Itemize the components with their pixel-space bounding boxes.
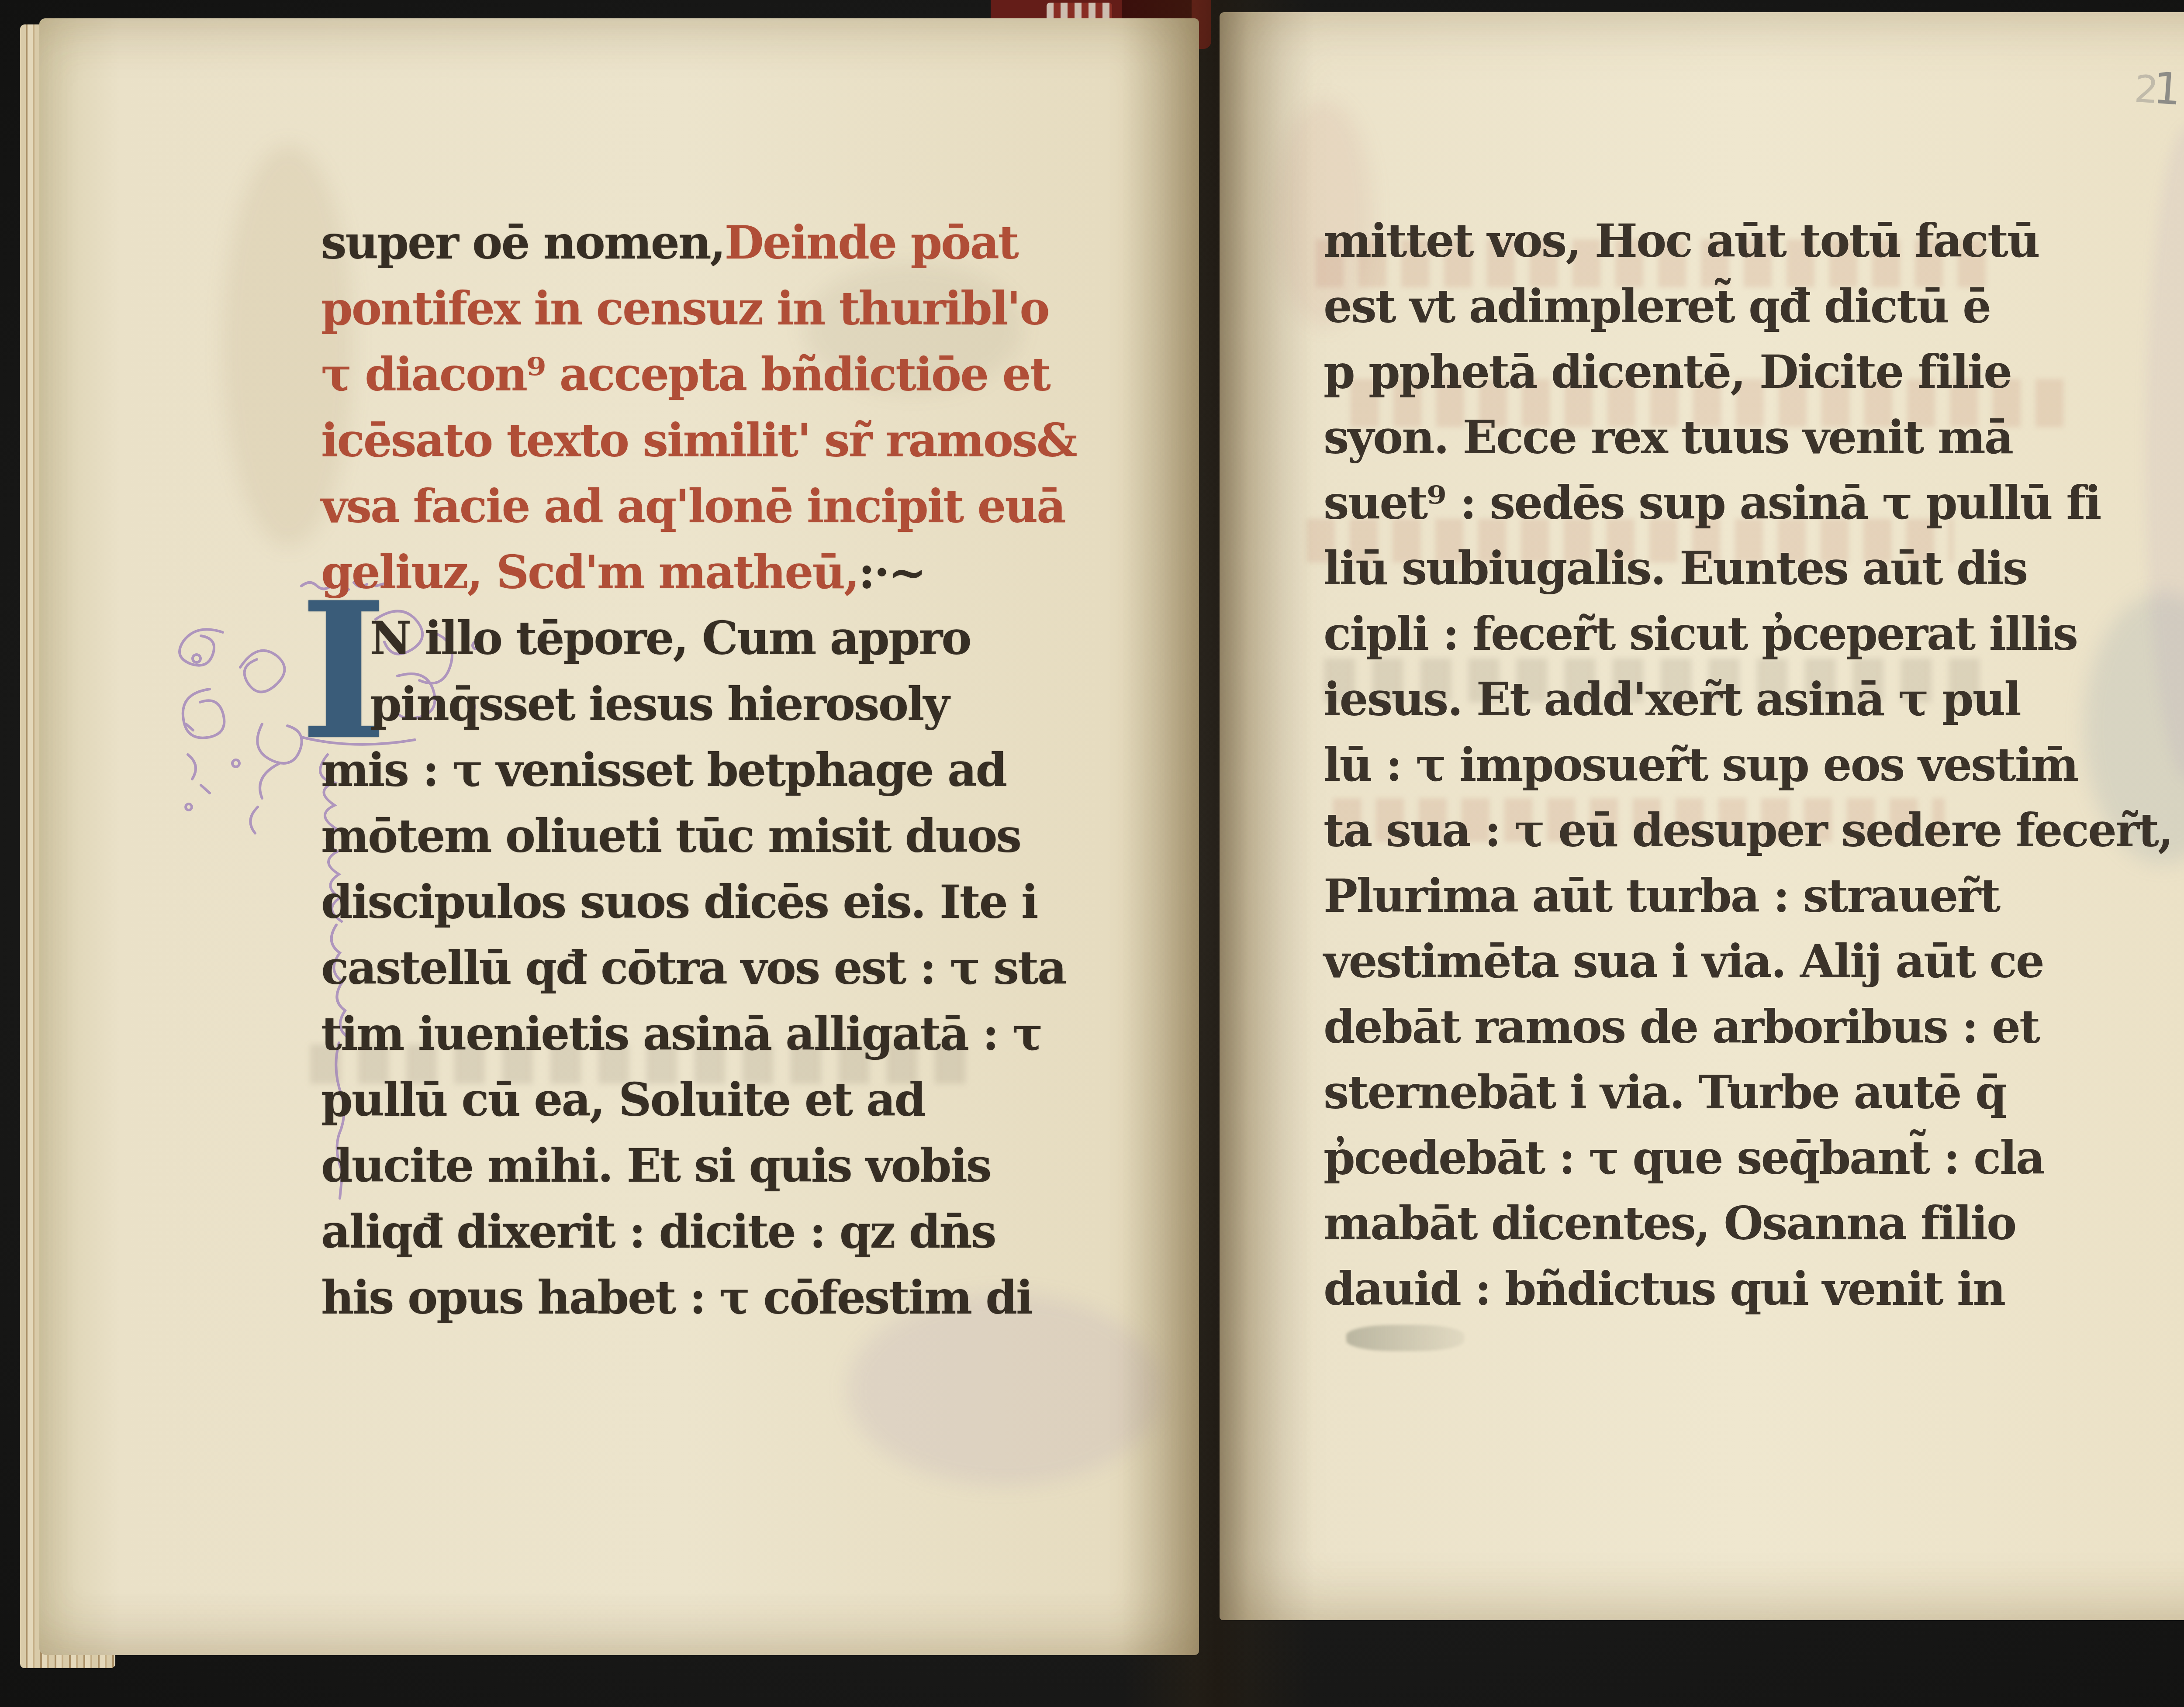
- text-line: dauid : bñdictus qui venit in: [1324, 1262, 2184, 1328]
- rubric-segment: geliuz, Scd'm matheū,: [321, 545, 858, 599]
- text-line: mittet vos, Hoc aūt totū factū: [1324, 214, 2184, 279]
- rubric-line: geliuz, Scd'm matheū,:·~: [321, 545, 1186, 611]
- manuscript-photo: I super oē nomen,Deinde pōat pontifex in…: [0, 0, 2184, 1707]
- text-line: discipulos suos dicēs eis. Ite i: [321, 875, 1186, 941]
- text-line: vestimēta sua i via. Alij aūt ce: [1324, 935, 2184, 1000]
- text-line: Plurima aūt turba : strauer̃t: [1324, 869, 2184, 935]
- rubric-line: icēsato texto similit' sr̃ ramos&: [321, 414, 1186, 479]
- rubric-line: τ diacon⁹ accepta bñdictiōe et: [321, 348, 1186, 414]
- punctuation-mark: :·~: [858, 545, 925, 599]
- folio-number-value: 19: [2152, 62, 2184, 117]
- text-line: his opus habet : τ cōfestim di: [321, 1271, 1186, 1337]
- ink-smudge: [1346, 1325, 1464, 1351]
- text-line: suet⁹ : sedēs sup asinā τ pullū fi: [1324, 476, 2184, 541]
- text-line: debāt ramos de arboribus : et: [1324, 1000, 2184, 1066]
- rubric-segment: Deinde pōat: [725, 216, 1018, 269]
- text-line: super oē nomen,Deinde pōat: [321, 216, 1186, 282]
- text-line: cipli : fecer̃t sicut p̓ceperat illis: [1324, 607, 2184, 672]
- text-line: syon. Ecce rex tuus venit mā: [1324, 410, 2184, 476]
- text-line: liū subiugalis. Euntes aūt dis: [1324, 541, 2184, 607]
- text-line: tim iuenietis asinā alligatā : τ: [321, 1007, 1186, 1073]
- text-line: aliqđ dixerit : dicite : qz dn̄s: [321, 1205, 1186, 1271]
- text-line: mabāt dicentes, Osanna filio: [1324, 1197, 2184, 1262]
- text-line: p pphetā dicentē, Dicite filie: [1324, 345, 2184, 410]
- right-text-column: mittet vos, Hoc aūt totū factū est vt ad…: [1324, 214, 2184, 1328]
- text-line: mōtem oliueti tūc misit duos: [321, 809, 1186, 875]
- text-line: lū : τ imposuer̃t sup eos vestim̄: [1324, 738, 2184, 803]
- right-page: 219 mittet vos, Hoc aūt totū factū est v…: [1220, 12, 2184, 1620]
- text-line: castellū qđ cōtra vos est : τ sta: [321, 941, 1186, 1007]
- rubric-line: vsa facie ad aq'lonē incipit euā: [321, 479, 1186, 545]
- text-line: est vt adimpleret̃ qđ dictū ē: [1324, 279, 2184, 345]
- text-line: sternebāt i via. Turbe autē q̄: [1324, 1066, 2184, 1131]
- text-line: pinq̄sset iesus hierosoly: [321, 677, 1186, 743]
- text-line: N illo tēpore, Cum appro: [321, 611, 1186, 677]
- text-line: p̓cedebāt : τ que seq̄bant̃ : cla: [1324, 1131, 2184, 1197]
- left-text-column: super oē nomen,Deinde pōat pontifex in c…: [321, 216, 1186, 1337]
- left-page: I super oē nomen,Deinde pōat pontifex in…: [39, 18, 1199, 1655]
- rubric-line: pontifex in censuz in thuribl'o: [321, 282, 1186, 348]
- text-segment: super oē nomen,: [321, 216, 725, 269]
- text-line: mis : τ venisset betphage ad: [321, 743, 1186, 809]
- text-line: iesus. Et add'xer̃t asinā τ pul: [1324, 672, 2184, 738]
- text-line: pullū cū ea, Soluite et ad: [321, 1073, 1186, 1139]
- folio-number: 219: [2133, 61, 2184, 117]
- text-line: ducite mihi. Et si quis vobis: [321, 1139, 1186, 1205]
- text-line: ta sua : τ eū desuper sedere fecer̃t,: [1324, 803, 2184, 869]
